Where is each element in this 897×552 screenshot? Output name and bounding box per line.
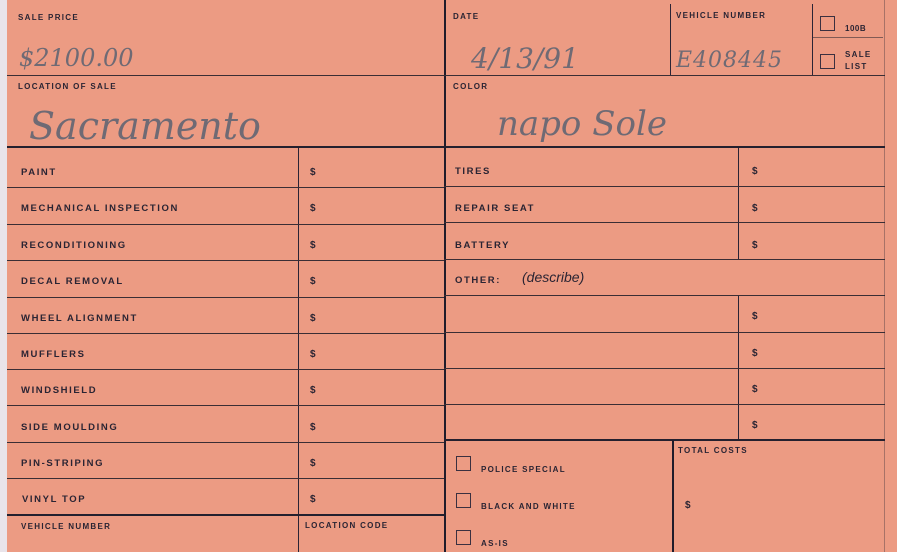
cost-amount-field[interactable]: $: [310, 276, 316, 287]
checkbox-100b-label: 100B: [845, 24, 866, 33]
center-divider: [444, 0, 446, 552]
section-divider: [7, 146, 885, 148]
cost-amount-field[interactable]: $: [310, 203, 316, 214]
other-amount-field[interactable]: $: [752, 311, 758, 322]
cost-amount-field[interactable]: $: [752, 166, 758, 177]
checkbox-icon[interactable]: [456, 456, 471, 471]
cost-amount-field[interactable]: $: [310, 349, 316, 360]
cost-amount-field[interactable]: $: [752, 240, 758, 251]
cost-label: BATTERY: [455, 240, 510, 251]
date-divider: [670, 4, 671, 76]
other-amount-field[interactable]: $: [752, 348, 758, 359]
row-line: [7, 333, 444, 334]
row-line: [444, 186, 885, 187]
other-amount-field[interactable]: $: [752, 384, 758, 395]
row-line: [444, 332, 885, 333]
footer-line: [7, 514, 444, 516]
checkbox-icon[interactable]: [456, 493, 471, 508]
checkbox-sale-list-label-2: LIST: [845, 62, 868, 71]
cost-amount-field[interactable]: $: [310, 313, 316, 324]
vehicle-number-value[interactable]: E408445: [676, 48, 783, 73]
header-divider: [7, 75, 885, 76]
left-amount-divider: [298, 148, 299, 552]
cost-label: WHEEL ALIGNMENT: [21, 313, 138, 324]
location-code-label: LOCATION CODE: [305, 521, 388, 530]
cost-label: REPAIR SEAT: [455, 203, 535, 214]
row-line: [7, 442, 444, 443]
option-label: POLICE SPECIAL: [481, 465, 566, 474]
total-costs-field[interactable]: $: [685, 500, 691, 511]
right-edge: [884, 0, 885, 552]
cost-label: RECONDITIONING: [21, 240, 127, 251]
row-line: [7, 405, 444, 406]
cost-label: PAINT: [21, 167, 57, 178]
color-value[interactable]: napo Sole: [497, 104, 667, 144]
row-line: [7, 224, 444, 225]
date-value[interactable]: 4/13/91: [471, 42, 579, 75]
vehicle-number-label: VEHICLE NUMBER: [676, 11, 766, 20]
row-line: [7, 369, 444, 370]
sale-price-label: SALE PRICE: [18, 13, 79, 22]
checkbox-separator: [813, 37, 883, 38]
cost-label: TIRES: [455, 166, 491, 177]
row-line: [7, 297, 444, 298]
location-of-sale-value[interactable]: Sacramento: [29, 104, 261, 148]
other-hint: (describe): [522, 269, 584, 285]
option-label: BLACK AND WHITE: [481, 502, 576, 511]
other-label: OTHER:: [455, 275, 501, 286]
sale-price-value[interactable]: $2100.00: [19, 44, 134, 72]
cost-amount-field[interactable]: $: [310, 385, 316, 396]
date-label: DATE: [453, 12, 479, 21]
other-amount-field[interactable]: $: [752, 420, 758, 431]
row-line: [7, 478, 444, 479]
location-of-sale-label: LOCATION OF SALE: [18, 82, 117, 91]
cost-label: WINDSHIELD: [21, 385, 97, 396]
row-line: [444, 295, 885, 296]
cost-amount-field[interactable]: $: [310, 458, 316, 469]
cost-label: MUFFLERS: [21, 349, 86, 360]
cost-label: PIN-STRIPING: [21, 458, 104, 469]
cost-amount-field[interactable]: $: [752, 203, 758, 214]
row-line: [7, 187, 444, 188]
cost-amount-field[interactable]: $: [310, 167, 316, 178]
color-label: COLOR: [453, 82, 488, 91]
row-line: [444, 259, 885, 260]
row-line: [444, 222, 885, 223]
cost-label: VINYL TOP: [22, 494, 86, 505]
right-amount-divider-top: [738, 148, 739, 259]
total-costs-label: TOTAL COSTS: [678, 446, 748, 455]
vehicle-sale-form: SALE PRICE $2100.00 DATE 4/13/91 VEHICLE…: [7, 0, 897, 552]
cost-amount-field[interactable]: $: [310, 422, 316, 433]
checkbox-icon[interactable]: [456, 530, 471, 545]
checkbox-sale-list-label-1: SALE: [845, 50, 872, 59]
checkbox-sale-list[interactable]: [820, 54, 835, 69]
cost-label: DECAL REMOVAL: [21, 276, 124, 287]
footer-line: [444, 439, 885, 441]
row-line: [444, 404, 885, 405]
row-line: [444, 368, 885, 369]
cost-amount-field[interactable]: $: [310, 494, 316, 505]
options-divider: [672, 440, 674, 552]
checkbox-divider: [812, 4, 813, 76]
footer-vehicle-number-label: VEHICLE NUMBER: [21, 522, 111, 531]
cost-label: SIDE MOULDING: [21, 422, 118, 433]
row-line: [7, 260, 444, 261]
cost-amount-field[interactable]: $: [310, 240, 316, 251]
cost-label: MECHANICAL INSPECTION: [21, 203, 179, 214]
checkbox-100b[interactable]: [820, 16, 835, 31]
option-label: AS-IS: [481, 539, 509, 548]
